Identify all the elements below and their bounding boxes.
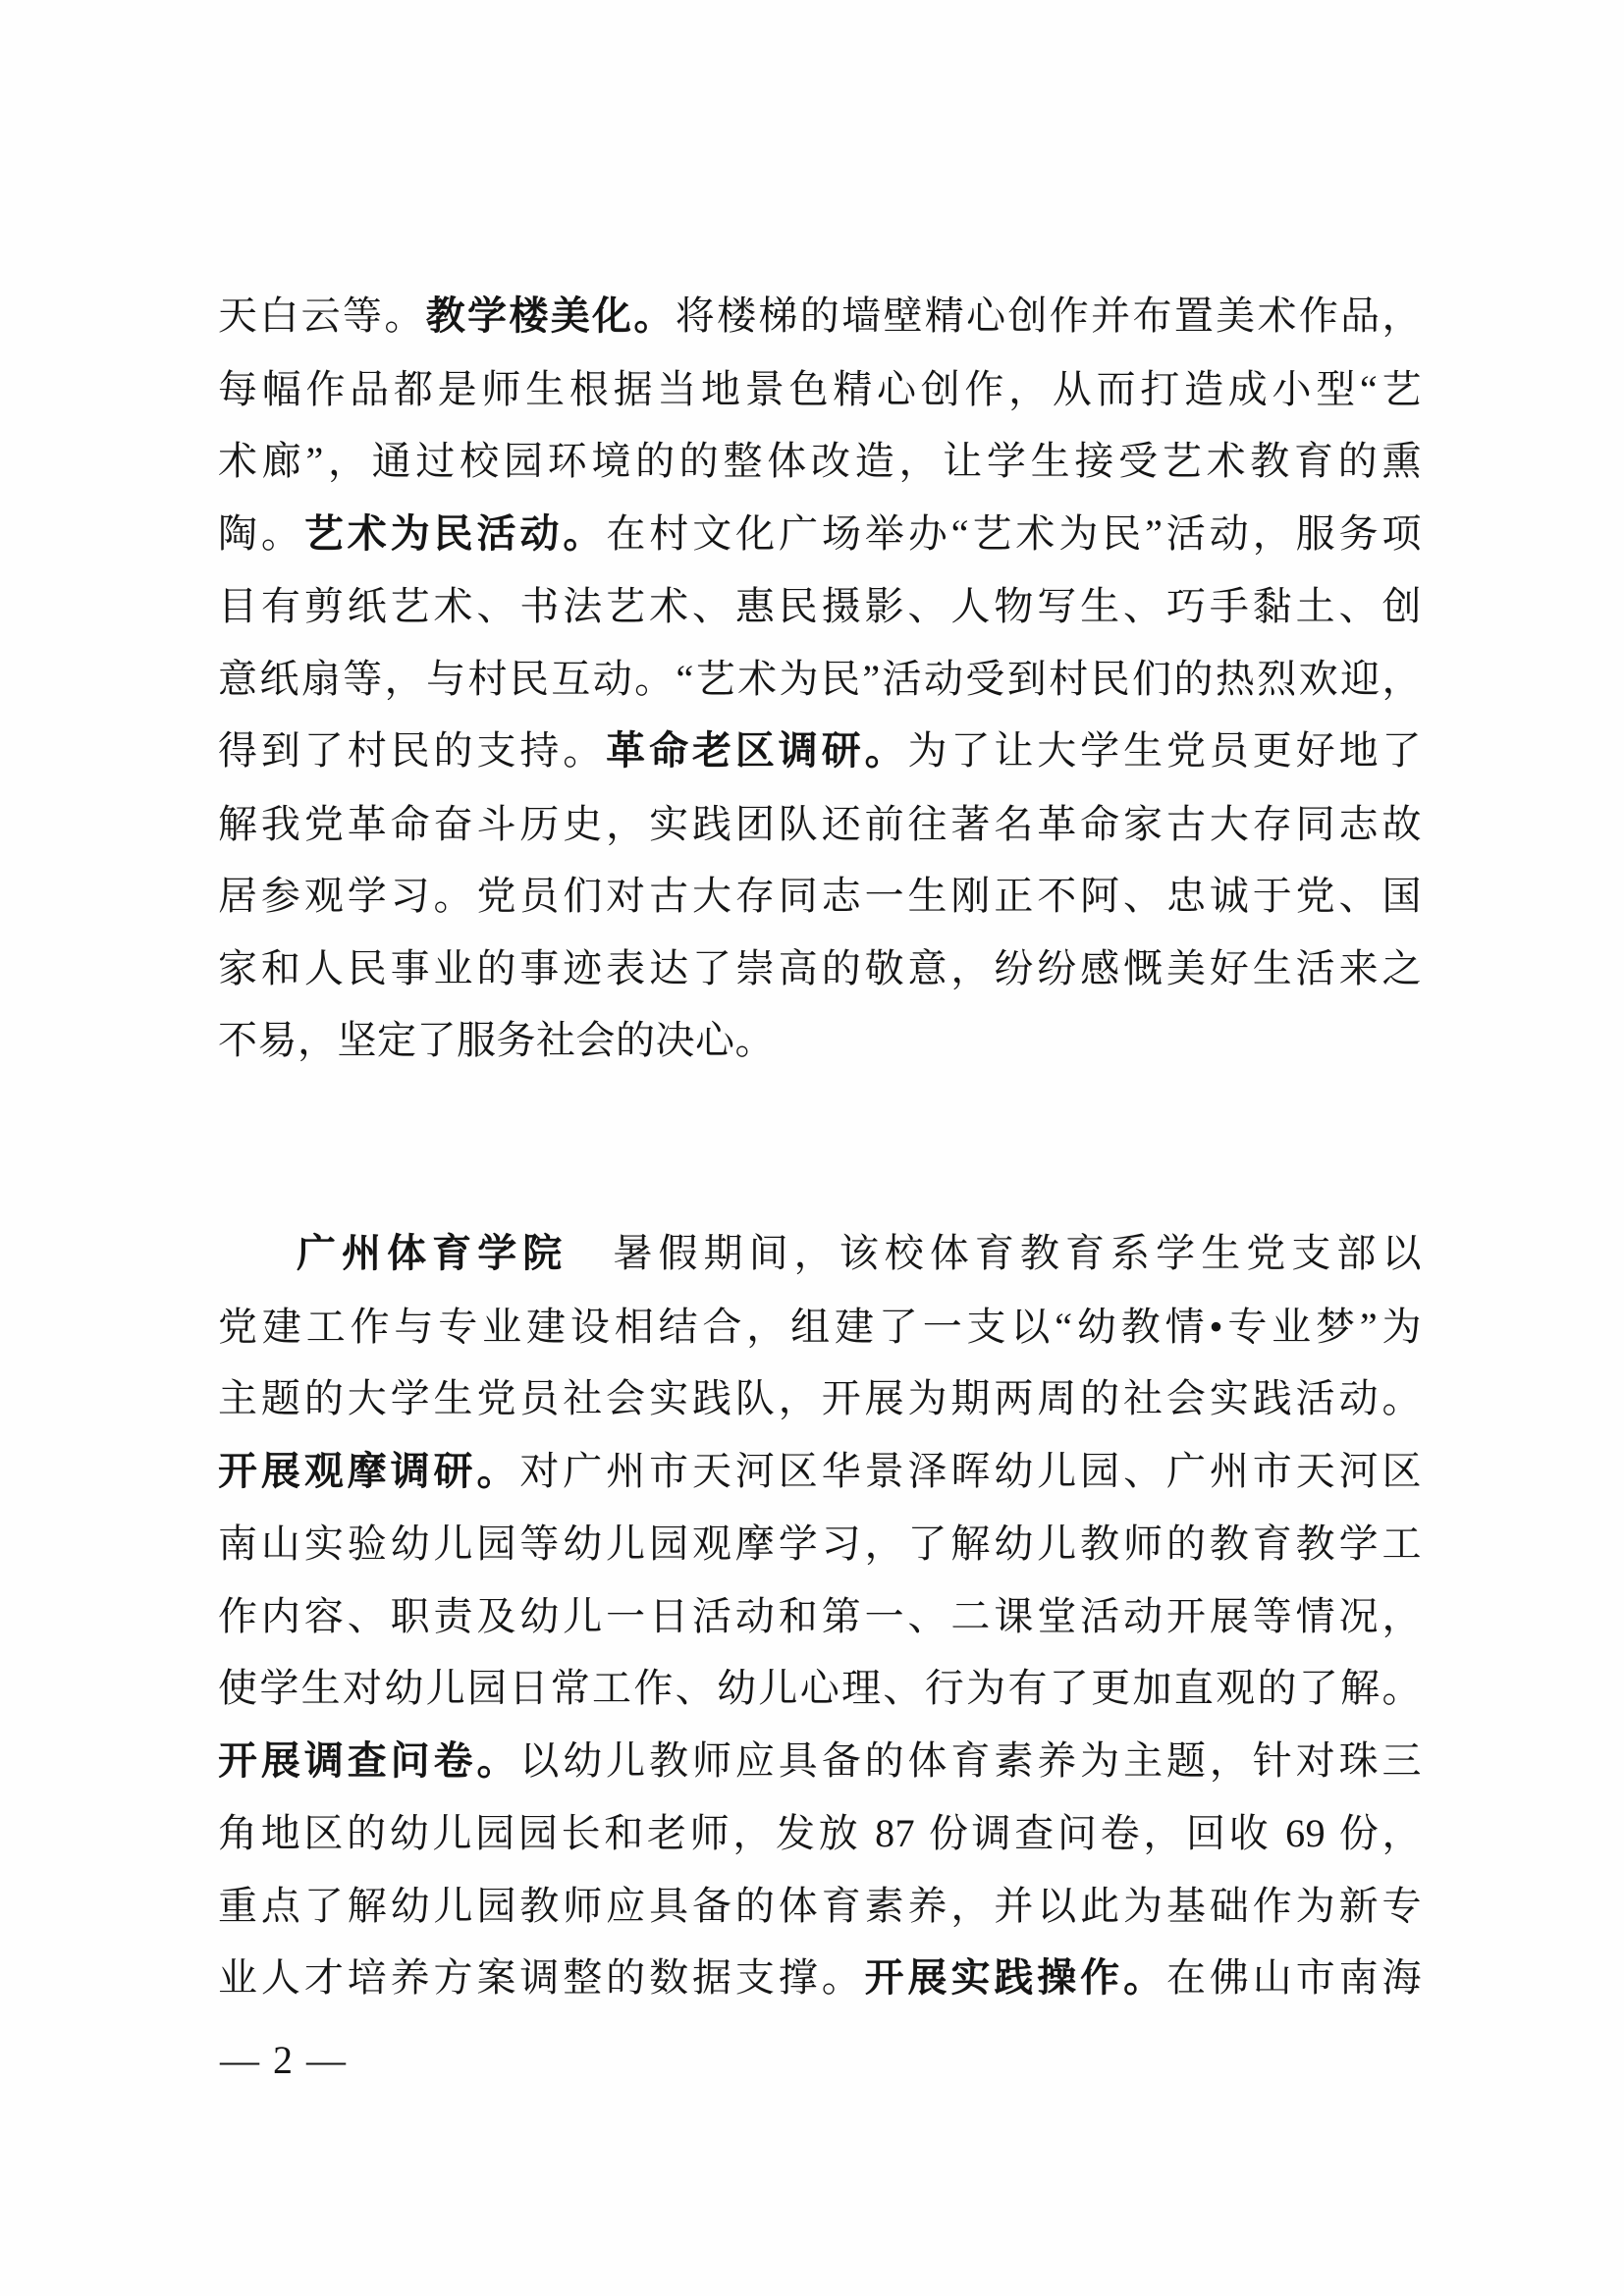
text-segment: 为了让大学生党员更好地了 xyxy=(908,728,1422,773)
text-segment: 作内容、职责及幼儿一日活动和第一、二课堂活动开展等情况， xyxy=(218,1594,1422,1638)
text-segment: 天白云等。 xyxy=(218,294,426,338)
text-line: 得到了村民的支持。革命老区调研。为了让大学生党员更好地了 xyxy=(218,715,1422,788)
text-segment: 在村文化广场举办“艺术为民”活动，服务项 xyxy=(606,511,1422,556)
bold-run-heading: 艺术为民活动。 xyxy=(304,512,607,556)
text-segment: 解我党革命奋斗历史，实践团队还前往著名革命家古大存同志故 xyxy=(218,802,1422,846)
text-line: 术廊”，通过校园环境的的整体改造，让学生接受艺术教育的熏 xyxy=(218,425,1422,498)
text-line: 使学生对幼儿园日常工作、幼儿心理、行为有了更加直观的了解。 xyxy=(218,1652,1422,1725)
text-line: 陶。艺术为民活动。在村文化广场举办“艺术为民”活动，服务项 xyxy=(218,498,1422,571)
document-page: 天白云等。教学楼美化。将楼梯的墙壁精心创作并布置美术作品，每幅作品都是师生根据当… xyxy=(0,0,1624,2296)
bold-run-heading: 革命老区调研。 xyxy=(606,729,907,773)
text-segment: 得到了村民的支持。 xyxy=(218,728,606,773)
text-segment: 角地区的幼儿园园长和老师，发放 87 份调查问卷，回收 69 份， xyxy=(218,1811,1422,1855)
text-line: 意纸扇等，与村民互动。“艺术为民”活动受到村民们的热烈欢迎， xyxy=(218,643,1422,716)
text-segment: 将楼梯的墙壁精心创作并布置美术作品， xyxy=(676,294,1422,338)
text-segment: 重点了解幼儿园教师应具备的体育素养，并以此为基础作为新专 xyxy=(218,1884,1422,1928)
text-segment: 术廊”，通过校园环境的的整体改造，让学生接受艺术教育的熏 xyxy=(218,439,1422,483)
text-segment: 对广州市天河区华景泽晖幼儿园、广州市天河区 xyxy=(519,1449,1422,1493)
text-line: 每幅作品都是师生根据当地景色精心创作，从而打造成小型“艺 xyxy=(218,353,1422,426)
text-segment: 南山实验幼儿园等幼儿园观摩学习，了解幼儿教师的教育教学工 xyxy=(218,1522,1422,1566)
text-line: 党建工作与专业建设相结合，组建了一支以“幼教情•专业梦”为 xyxy=(218,1291,1422,1363)
text-line: 开展调查问卷。以幼儿教师应具备的体育素养为主题，针对珠三 xyxy=(218,1725,1422,1798)
text-line: 天白云等。教学楼美化。将楼梯的墙壁精心创作并布置美术作品， xyxy=(218,280,1422,353)
page-number: — 2 — xyxy=(220,2037,348,2084)
bold-run-heading: 开展观摩调研。 xyxy=(218,1450,519,1493)
text-segment: 业人才培养方案调整的数据支撑。 xyxy=(218,1955,865,2000)
bold-run-heading: 教学楼美化。 xyxy=(426,294,676,338)
text-line: 不易，坚定了服务社会的决心。 xyxy=(218,1004,1422,1077)
text-line: 作内容、职责及幼儿一日活动和第一、二课堂活动开展等情况， xyxy=(218,1580,1422,1653)
text-segment: 意纸扇等，与村民互动。“艺术为民”活动受到村民们的热烈欢迎， xyxy=(218,657,1422,701)
text-segment: 在佛山市南海 xyxy=(1166,1955,1422,2000)
text-line: 主题的大学生党员社会实践队，开展为期两周的社会实践活动。 xyxy=(218,1362,1422,1435)
paragraph-guangzhou-sport-university: 广州体育学院 暑假期间，该校体育教育系学生党支部以党建工作与专业建设相结合，组建… xyxy=(218,1217,1422,2015)
text-line: 南山实验幼儿园等幼儿园观摩学习，了解幼儿教师的教育教学工 xyxy=(218,1508,1422,1580)
bold-run-heading: 开展实践操作。 xyxy=(865,1956,1166,2000)
text-segment: 以幼儿教师应具备的体育素养为主题，针对珠三 xyxy=(519,1738,1422,1783)
text-line: 解我党革命奋斗历史，实践团队还前往著名革命家古大存同志故 xyxy=(218,788,1422,861)
text-line: 角地区的幼儿园园长和老师，发放 87 份调查问卷，回收 69 份， xyxy=(218,1797,1422,1870)
bold-run-heading: 广州体育学院 xyxy=(297,1232,568,1275)
text-line: 业人才培养方案调整的数据支撑。开展实践操作。在佛山市南海 xyxy=(218,1942,1422,2015)
text-line: 重点了解幼儿园教师应具备的体育素养，并以此为基础作为新专 xyxy=(218,1870,1422,1943)
text-line: 目有剪纸艺术、书法艺术、惠民摄影、人物写生、巧手黏土、创 xyxy=(218,570,1422,643)
text-segment: 每幅作品都是师生根据当地景色精心创作，从而打造成小型“艺 xyxy=(218,367,1422,411)
text-line: 居参观学习。党员们对古大存同志一生刚正不阿、忠诚于党、国 xyxy=(218,860,1422,933)
text-segment: 使学生对幼儿园日常工作、幼儿心理、行为有了更加直观的了解。 xyxy=(218,1666,1422,1710)
text-line: 开展观摩调研。对广州市天河区华景泽晖幼儿园、广州市天河区 xyxy=(218,1435,1422,1509)
text-segment: 党建工作与专业建设相结合，组建了一支以“幼教情•专业梦”为 xyxy=(218,1305,1422,1349)
paragraph-art-campus-continuation: 天白云等。教学楼美化。将楼梯的墙壁精心创作并布置美术作品，每幅作品都是师生根据当… xyxy=(218,280,1422,1077)
text-segment: 陶。 xyxy=(218,511,304,556)
text-segment: 家和人民事业的事迹表达了崇高的敬意，纷纷感慨美好生活来之 xyxy=(218,946,1422,990)
text-segment: 主题的大学生党员社会实践队，开展为期两周的社会实践活动。 xyxy=(218,1376,1422,1420)
bold-run-heading: 开展调查问卷。 xyxy=(218,1739,519,1783)
text-segment: 居参观学习。党员们对古大存同志一生刚正不阿、忠诚于党、国 xyxy=(218,874,1422,918)
text-segment: 目有剪纸艺术、书法艺术、惠民摄影、人物写生、巧手黏土、创 xyxy=(218,584,1422,628)
text-segment: 不易，坚定了服务社会的决心。 xyxy=(218,1018,775,1062)
text-line: 广州体育学院 暑假期间，该校体育教育系学生党支部以 xyxy=(218,1217,1422,1291)
text-line: 家和人民事业的事迹表达了崇高的敬意，纷纷感慨美好生活来之 xyxy=(218,933,1422,1005)
text-segment: 暑假期间，该校体育教育系学生党支部以 xyxy=(568,1231,1422,1275)
